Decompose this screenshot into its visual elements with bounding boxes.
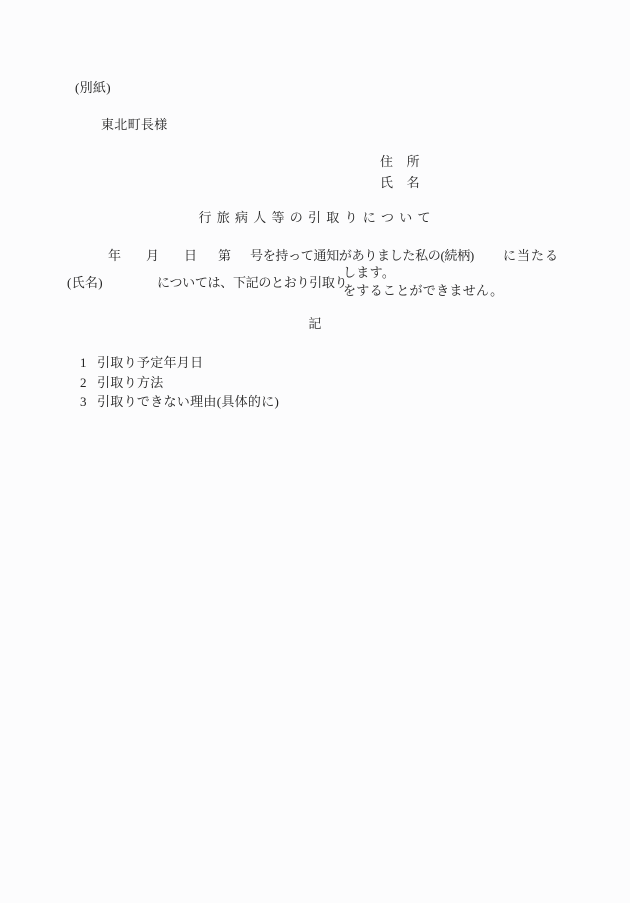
attachment-label: (別紙) (75, 81, 111, 96)
body-line2-text: については、下記のとおり引取り (157, 276, 347, 291)
list-item-number: 3 (80, 395, 87, 410)
option-cannot: をすることができません。 (343, 284, 503, 299)
day-label: 日 (184, 249, 197, 264)
option-do: します。 (343, 266, 395, 281)
record-heading: 記 (0, 317, 630, 332)
notice-text: 号を持って通知がありました私の(続柄) (250, 249, 474, 264)
addressee: 東北町長様 (101, 118, 168, 133)
document-page: (別紙) 東北町長様 住 所 氏 名 行 旅 病 人 等 の 引 取 り に つ… (0, 0, 630, 903)
sender-name-label: 氏 名 (380, 176, 420, 191)
month-label: 月 (146, 249, 159, 264)
list-item: 引取り方法 (97, 376, 164, 391)
name-label: (氏名) (67, 276, 103, 291)
list-item-number: 2 (80, 376, 87, 391)
year-label: 年 (108, 249, 121, 264)
list-item: 引取り予定年月日 (97, 356, 203, 371)
list-item: 引取りできない理由(具体的に) (97, 395, 279, 410)
list-item-number: 1 (80, 356, 87, 371)
document-number-prefix: 第 (218, 249, 231, 264)
sender-address-label: 住 所 (380, 155, 420, 170)
relation-suffix: に当たる (503, 249, 559, 264)
document-title: 行 旅 病 人 等 の 引 取 り に つ い て (0, 211, 630, 226)
